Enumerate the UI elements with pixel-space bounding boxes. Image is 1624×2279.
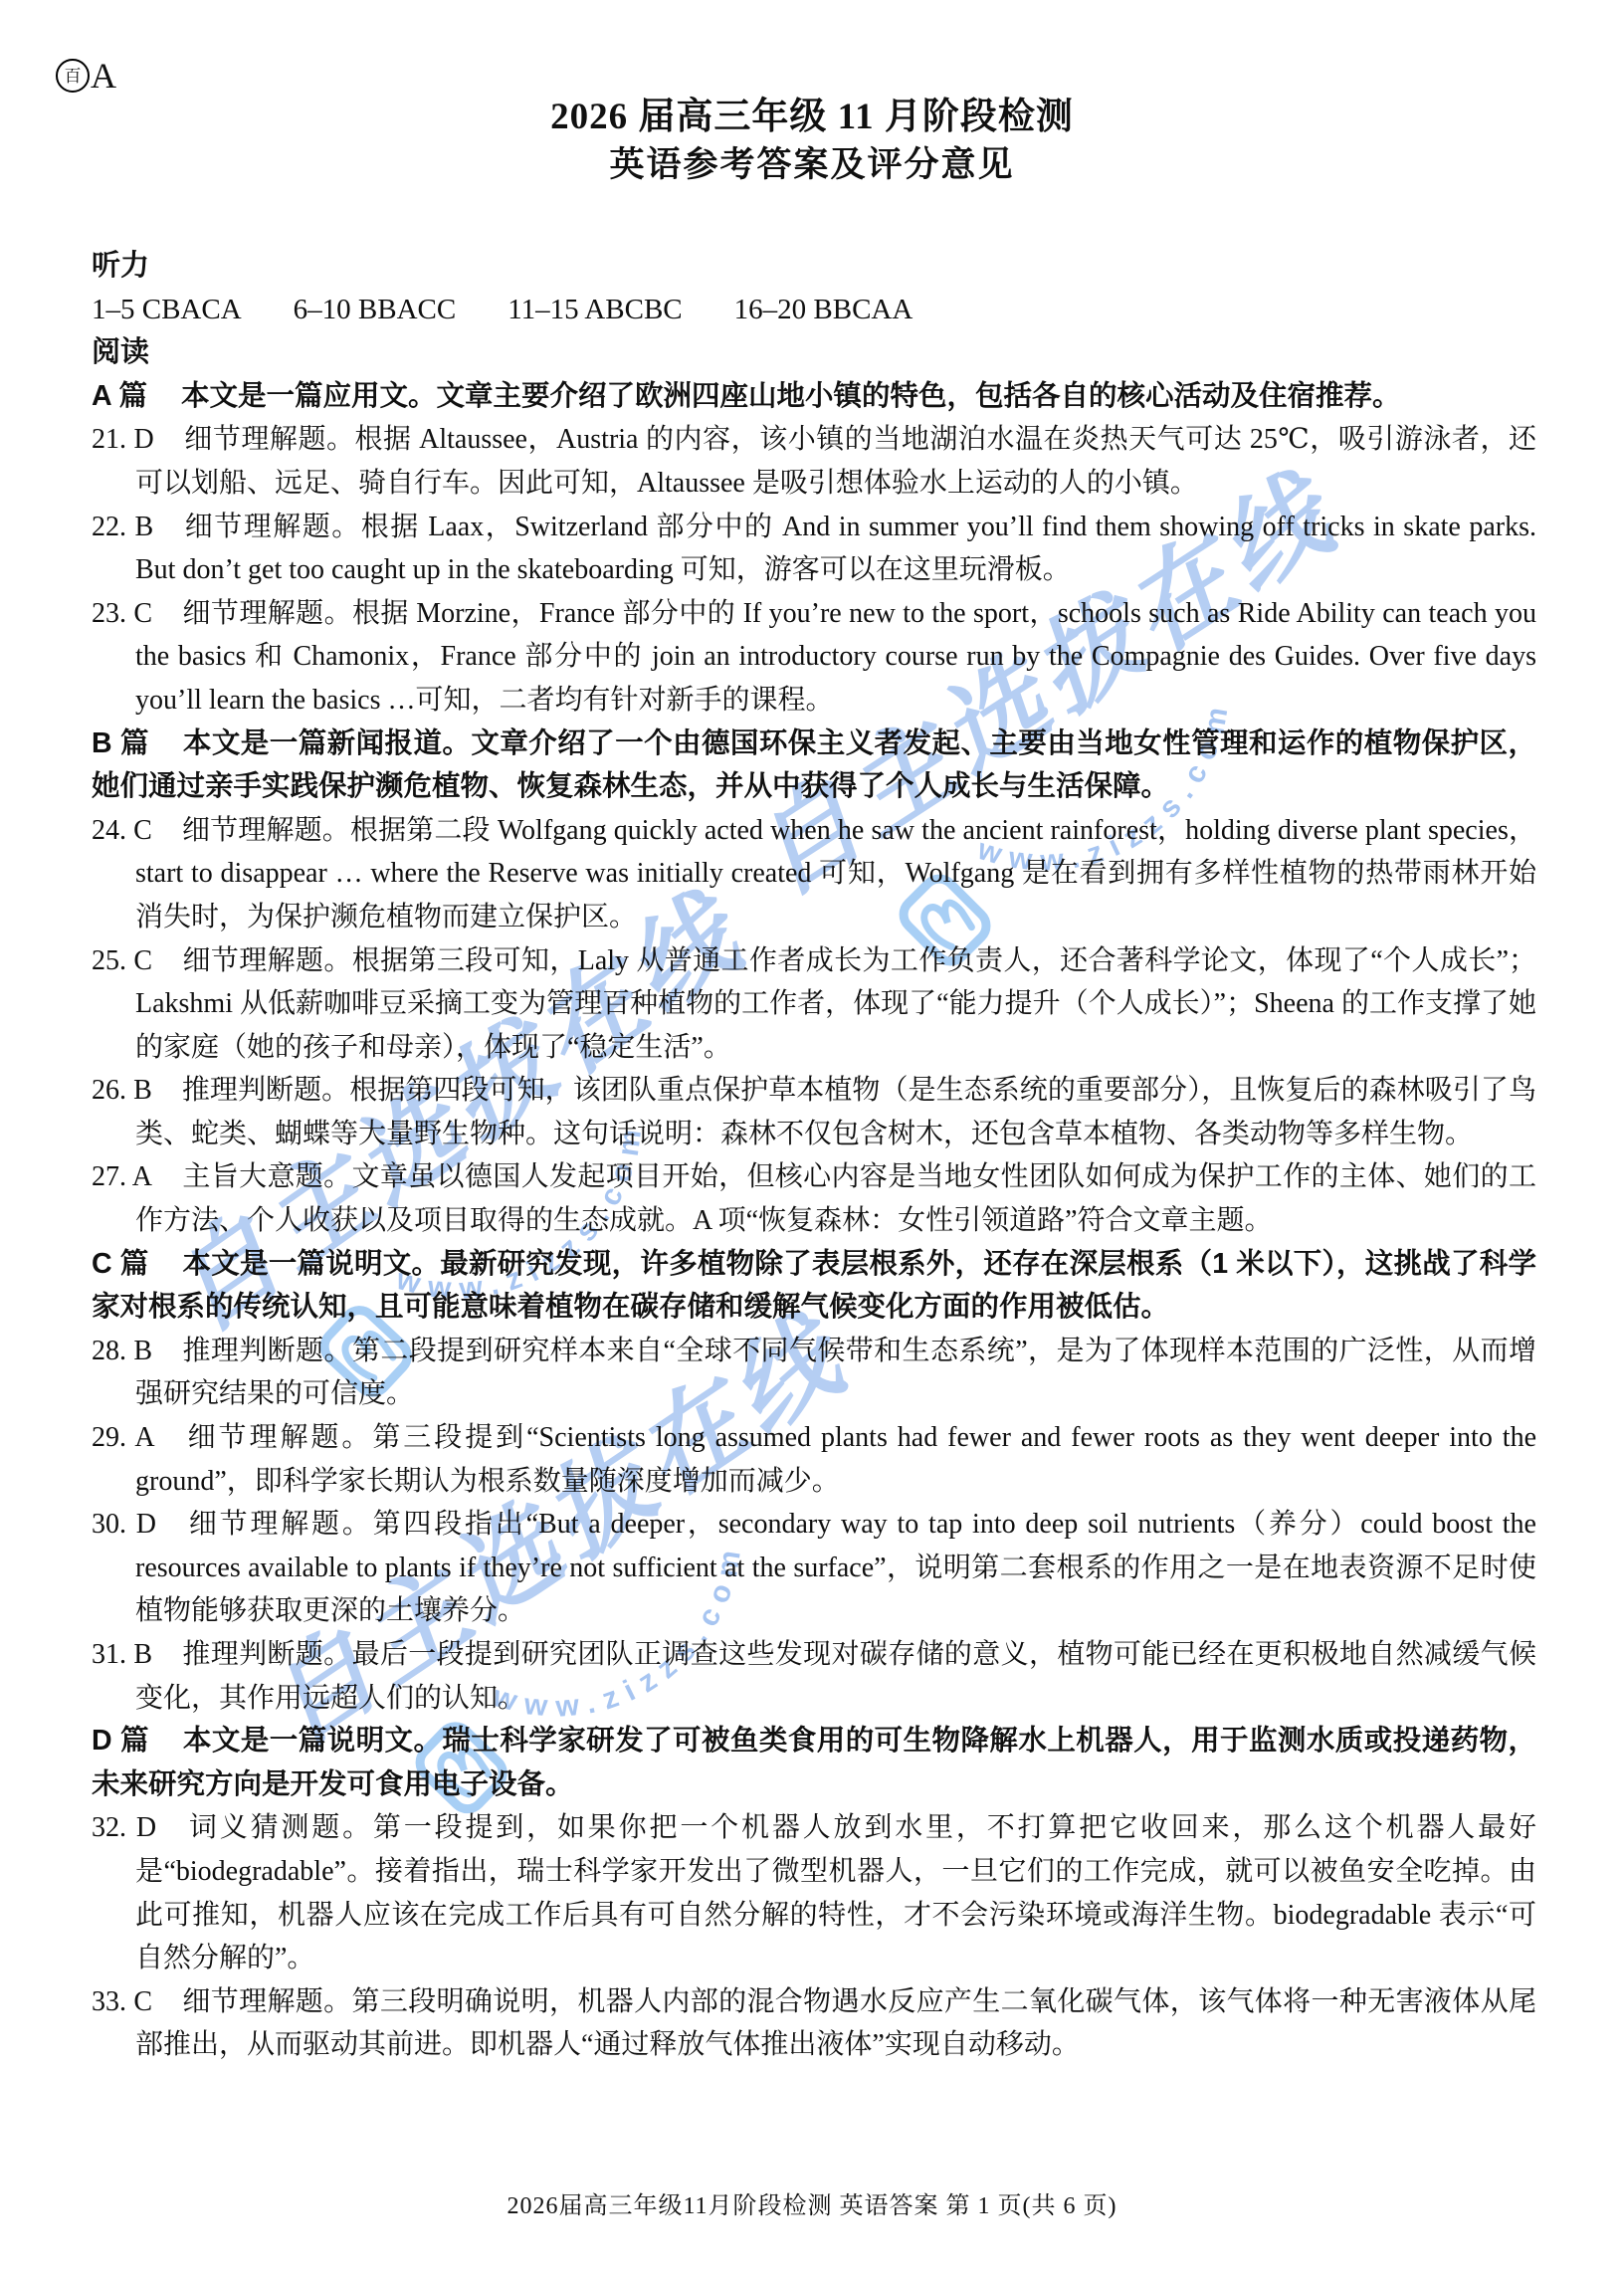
page-footer: 2026届高三年级11月阶段检测 英语答案 第 1 页(共 6 页) — [0, 2185, 1624, 2220]
passage-summary-text: 本文是一篇新闻报道。文章介绍了一个由德国环保主义者发起、主要由当地女性管理和运作… — [92, 727, 1536, 803]
reading-content: A 篇本文是一篇应用文。文章主要介绍了欧洲四座山地小镇的特色，包括各自的核心活动… — [92, 375, 1536, 2067]
page-subtitle: 英语参考答案及评分意见 — [0, 137, 1624, 187]
answer-item: 29. A细节理解题。第三段提到“Scientists long assumed… — [92, 1416, 1536, 1503]
answer-content: 听力 1–5 CBACA6–10 BBACC11–15 ABCBC16–20 B… — [92, 245, 1536, 2067]
answer-item: 23. C细节理解题。根据 Morzine，France 部分中的 If you… — [92, 592, 1536, 723]
passage-summary: D 篇本文是一篇说明文。瑞士科学家研发了可被鱼类食用的可生物降解水上机器人，用于… — [92, 1720, 1536, 1806]
answer-group: 11–15 ABCBC — [507, 294, 682, 325]
passage-summary: C 篇本文是一篇说明文。最新研究发现，许多植物除了表层根系外，还存在深层根系（1… — [92, 1243, 1536, 1330]
passage-summary: B 篇本文是一篇新闻报道。文章介绍了一个由德国环保主义者发起、主要由当地女性管理… — [92, 723, 1536, 809]
answer-item: 21. D细节理解题。根据 Altaussee，Austria 的内容，该小镇的… — [92, 418, 1536, 505]
item-explanation: 推理判断题。第二段提到研究样本来自“全球不同气候带和生态系统”，是为了体现样本范… — [135, 1336, 1536, 1410]
listening-answers-row: 1–5 CBACA6–10 BBACC11–15 ABCBC16–20 BBCA… — [92, 289, 1536, 332]
item-explanation: 细节理解题。第四段指出“But a deeper，secondary way t… — [135, 1509, 1536, 1626]
answer-group: 6–10 BBACC — [294, 294, 457, 325]
passage-label: C 篇 — [92, 1248, 149, 1280]
item-number-answer: 30. D — [92, 1509, 156, 1540]
item-explanation: 细节理解题。第三段明确说明，机器人内部的混合物遇水反应产生二氧化碳气体，该气体将… — [135, 1986, 1536, 2061]
page-title: 2026 届高三年级 11 月阶段检测 — [0, 86, 1624, 139]
passage-summary-text: 本文是一篇应用文。文章主要介绍了欧洲四座山地小镇的特色，包括各自的核心活动及住宿… — [181, 380, 1401, 412]
answer-item: 26. B推理判断题。根据第四段可知，该团队重点保护草本植物（是生态系统的重要部… — [92, 1069, 1536, 1155]
answer-item: 33. C细节理解题。第三段明确说明，机器人内部的混合物遇水反应产生二氧化碳气体… — [92, 1980, 1536, 2067]
item-number-answer: 27. A — [92, 1161, 152, 1192]
item-explanation: 细节理解题。根据 Laax，Switzerland 部分中的 And in su… — [135, 512, 1536, 586]
answer-group: 16–20 BBCAA — [734, 294, 913, 325]
item-explanation: 细节理解题。根据第三段可知，Laly 从普通工作者成长为工作负责人，还合著科学论… — [135, 945, 1536, 1063]
answer-item: 30. D细节理解题。第四段指出“But a deeper，secondary … — [92, 1503, 1536, 1633]
item-number-answer: 28. B — [92, 1336, 152, 1366]
passage-summary-text: 本文是一篇说明文。最新研究发现，许多植物除了表层根系外，还存在深层根系（1 米以… — [92, 1248, 1536, 1324]
item-number-answer: 33. C — [92, 1986, 152, 2017]
passage-summary: A 篇本文是一篇应用文。文章主要介绍了欧洲四座山地小镇的特色，包括各自的核心活动… — [92, 375, 1536, 419]
item-number-answer: 26. B — [92, 1075, 152, 1106]
answer-item: 27. A主旨大意题。文章虽以德国人发起项目开始，但核心内容是当地女性团队如何成… — [92, 1155, 1536, 1242]
answer-item: 31. B推理判断题。最后一段提到研究团队正调查这些发现对碳存储的意义，植物可能… — [92, 1633, 1536, 1720]
item-number-answer: 25. C — [92, 945, 152, 976]
item-number-answer: 29. A — [92, 1422, 155, 1453]
item-explanation: 细节理解题。第三段提到“Scientists long assumed plan… — [135, 1422, 1536, 1497]
passage-summary-text: 本文是一篇说明文。瑞士科学家研发了可被鱼类食用的可生物降解水上机器人，用于监测水… — [92, 1725, 1536, 1800]
answer-item: 32. D词义猜测题。第一段提到，如果你把一个机器人放到水里，不打算把它收回来，… — [92, 1806, 1536, 1979]
reading-heading: 阅读 — [92, 331, 1536, 375]
answer-item: 24. C细节理解题。根据第二段 Wolfgang quickly acted … — [92, 809, 1536, 939]
item-number-answer: 22. B — [92, 512, 153, 542]
item-number-answer: 31. B — [92, 1639, 152, 1670]
item-explanation: 主旨大意题。文章虽以德国人发起项目开始，但核心内容是当地女性团队如何成为保护工作… — [135, 1161, 1536, 1236]
item-explanation: 词义猜测题。第一段提到，如果你把一个机器人放到水里，不打算把它收回来，那么这个机… — [135, 1812, 1536, 1973]
answer-item: 28. B推理判断题。第二段提到研究样本来自“全球不同气候带和生态系统”，是为了… — [92, 1330, 1536, 1416]
item-number-answer: 21. D — [92, 424, 154, 455]
item-explanation: 细节理解题。根据第二段 Wolfgang quickly acted when … — [135, 815, 1536, 932]
item-explanation: 细节理解题。根据 Altaussee，Austria 的内容，该小镇的当地湖泊水… — [135, 424, 1536, 499]
answer-item: 22. B细节理解题。根据 Laax，Switzerland 部分中的 And … — [92, 506, 1536, 592]
passage-label: D 篇 — [92, 1725, 149, 1757]
item-number-answer: 24. C — [92, 815, 152, 846]
answer-group: 1–5 CBACA — [92, 294, 242, 325]
item-explanation: 推理判断题。根据第四段可知，该团队重点保护草本植物（是生态系统的重要部分），且恢… — [135, 1075, 1536, 1149]
item-explanation: 细节理解题。根据 Morzine，France 部分中的 If you’re n… — [135, 598, 1536, 716]
answer-item: 25. C细节理解题。根据第三段可知，Laly 从普通工作者成长为工作负责人，还… — [92, 939, 1536, 1070]
item-number-answer: 23. C — [92, 598, 152, 629]
item-explanation: 推理判断题。最后一段提到研究团队正调查这些发现对碳存储的意义，植物可能已经在更积… — [135, 1639, 1536, 1714]
passage-label: A 篇 — [92, 380, 147, 412]
document-page: www.zizzs.com 自主选拔在线 www.zizzs.com 自主选拔在… — [0, 0, 1624, 2279]
item-number-answer: 32. D — [92, 1812, 156, 1843]
listening-heading: 听力 — [92, 245, 1536, 289]
passage-label: B 篇 — [92, 727, 149, 759]
